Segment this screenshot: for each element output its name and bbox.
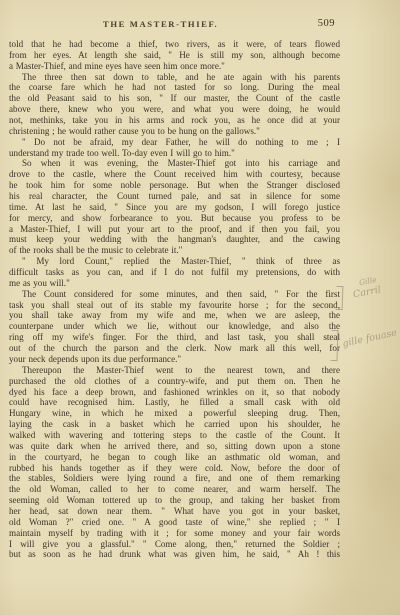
text-line: above there, knew who you were, and what… xyxy=(9,104,340,115)
text-line: her head, sat down near them. " What hav… xyxy=(9,506,340,517)
text-line: out of the church the parson and the cle… xyxy=(9,343,340,354)
text-line: old Woman ?" cried one. " A good taste o… xyxy=(9,517,340,528)
text-line: a Master-Thief, and mine eyes have seen … xyxy=(9,61,340,72)
text-line: drove to the castle, where the Count rec… xyxy=(9,169,340,180)
text-line: Hungary wine, in which he mixed a powerf… xyxy=(9,408,340,419)
text-line: your neck depends upon its due performan… xyxy=(9,354,340,365)
text-line: of the rooks shall be the music to celeb… xyxy=(9,245,340,256)
text-line: counterpane under which we lie, without … xyxy=(9,321,340,332)
text-line: you shall take away from my wife and me,… xyxy=(9,310,340,321)
text-line: from her eyes. At length she said, " He … xyxy=(9,50,340,61)
book-page: THE MASTER-THIEF. 509 told that he had b… xyxy=(0,0,400,615)
text-line: a Master-Thief, I will put your art to t… xyxy=(9,224,340,235)
text-line: Thereupon the Master-Thief went to the n… xyxy=(9,365,340,376)
text-line: told that he had become a thief, two riv… xyxy=(9,39,340,50)
running-title: THE MASTER-THIEF. xyxy=(103,19,218,29)
text-line: he took him for some noble personage. Bu… xyxy=(9,180,340,191)
text-line: the coarse fare which he had not tasted … xyxy=(9,82,340,93)
text-line: " My lord Count," replied the Master-Thi… xyxy=(9,256,340,267)
text-line: the old Peasant said to his son, " If ou… xyxy=(9,93,340,104)
text-line: his real character, the Count turned pal… xyxy=(9,191,340,202)
text-line: maintain myself by trading with it ; for… xyxy=(9,528,340,539)
handwritten-note-1-line2: Carril xyxy=(352,285,382,301)
text-line: the old Woman, called to her to come nea… xyxy=(9,484,340,495)
text-line: ring off my wife's finger. For the third… xyxy=(9,332,340,343)
text-line: understand my trade too well. To-day eve… xyxy=(9,148,340,159)
text-line: the stables, Soldiers were lying round a… xyxy=(9,473,340,484)
text-line: " Do not be afraid, my dear Father, he w… xyxy=(9,137,340,148)
text-line: laying the cask in a basket which he car… xyxy=(9,419,340,430)
text-line: purchased the old clothes of a country-w… xyxy=(9,376,340,387)
text-line: task you shall steal out of its stable m… xyxy=(9,300,340,311)
text-line: The Count considered for some minutes, a… xyxy=(9,289,340,300)
text-line: not, methinks, take you in his arms and … xyxy=(9,115,340,126)
text-line: was quite dark when he arrived there, an… xyxy=(9,441,340,452)
text-line: in the courtyard, he began to cough like… xyxy=(9,452,340,463)
text-line: me as you will." xyxy=(9,278,340,289)
pencil-bracket-2 xyxy=(330,330,338,361)
text-line: seeming old Woman tottered up to the gro… xyxy=(9,495,340,506)
text-line: I will give you a glassful." " Come alon… xyxy=(9,539,340,550)
text-line: time. At last he said, " Since you are m… xyxy=(9,202,340,213)
page-number: 509 xyxy=(318,18,335,29)
text-line: christening ; he would rather cause you … xyxy=(9,126,340,137)
text-line: rubbed his hands together as if they wer… xyxy=(9,463,340,474)
page-header: THE MASTER-THIEF. 509 xyxy=(9,19,340,32)
text-line: must keep your wedding with the hangman'… xyxy=(9,234,340,245)
text-line: but as soon as he had drunk what was giv… xyxy=(9,549,340,560)
text-line: So when it was evening, the Master-Thief… xyxy=(9,158,340,169)
handwritten-note-1: Gille Carril xyxy=(350,274,381,301)
handwritten-note-2: gille fouase xyxy=(341,327,397,349)
text-line: The three then sat down to table, and he… xyxy=(9,72,340,83)
text-line: dyed his face a deep brown, and fashione… xyxy=(9,387,340,398)
text-line: could have recognised him. Lastly, he fi… xyxy=(9,397,340,408)
pencil-bracket-1 xyxy=(336,286,344,310)
text-line: difficult tasks as you can, and if I do … xyxy=(9,267,340,278)
body-text: told that he had become a thief, two riv… xyxy=(9,39,340,560)
text-line: walked with wavering and tottering steps… xyxy=(9,430,340,441)
text-line: for mercy, and show forbearance to you. … xyxy=(9,213,340,224)
